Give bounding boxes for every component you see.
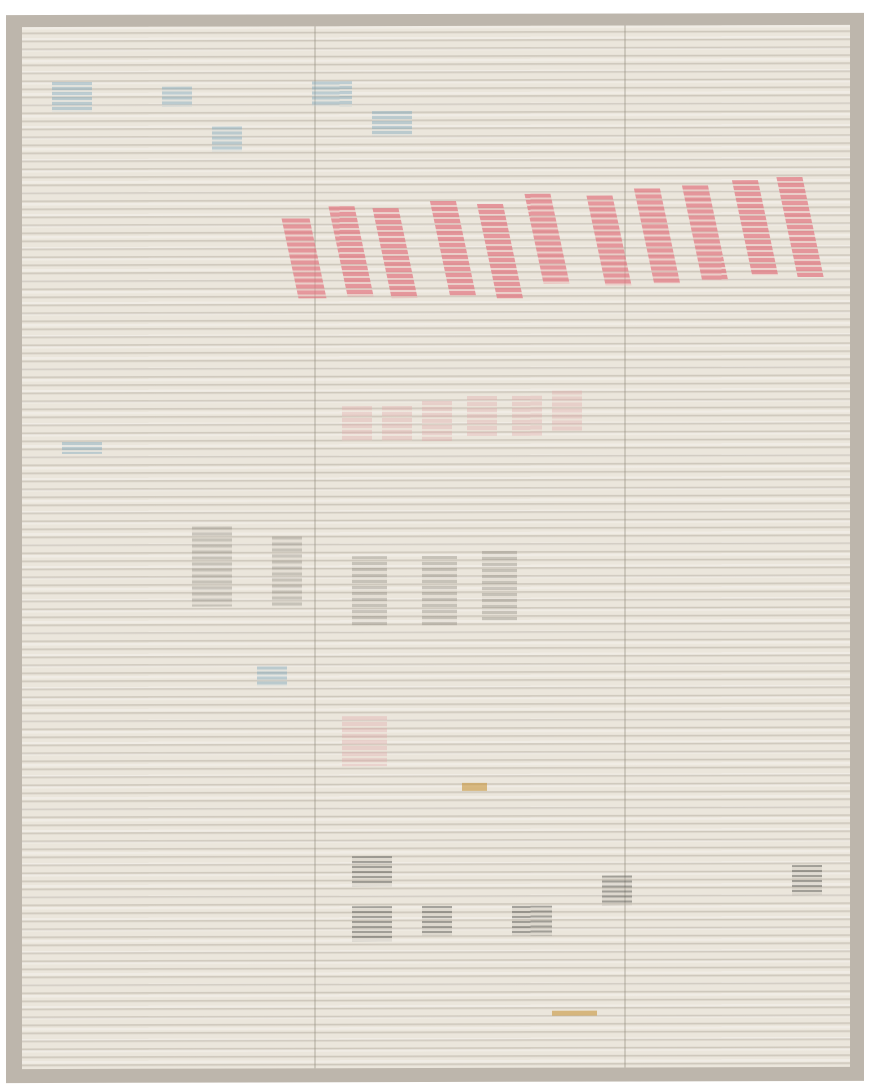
motif-dark xyxy=(352,856,392,886)
motif-pink-faint xyxy=(512,396,542,436)
motif-pink-faint xyxy=(342,406,372,441)
motif-blue xyxy=(62,442,102,454)
motif-pink-stripe xyxy=(281,218,326,298)
motif-pink-stripe xyxy=(328,206,373,296)
motif-dark xyxy=(792,865,822,895)
motif-pink-faint xyxy=(342,716,387,766)
motif-grey xyxy=(352,556,387,626)
motif-ochre xyxy=(462,783,487,791)
rug xyxy=(6,13,864,1083)
motif-blue xyxy=(52,82,92,112)
motif-pink-stripe xyxy=(634,188,680,283)
motif-pink-faint xyxy=(467,396,497,436)
motif-pink-stripe xyxy=(732,180,778,275)
motif-grey xyxy=(482,551,517,621)
rug-field xyxy=(22,25,850,1069)
motif-pink-stripe xyxy=(682,185,728,280)
motif-pink-faint xyxy=(552,391,582,431)
motif-pink-stripe xyxy=(477,204,523,299)
motif-blue xyxy=(372,111,412,136)
motif-dark xyxy=(512,906,552,936)
motif-pink-stripe xyxy=(524,194,569,284)
motif-dark xyxy=(422,906,452,936)
rug-seam xyxy=(314,26,316,1068)
motif-grey xyxy=(272,536,302,606)
motif-dark xyxy=(602,875,632,905)
motif-pink-faint xyxy=(422,401,452,441)
motif-grey xyxy=(192,527,232,607)
motif-blue xyxy=(212,127,242,152)
motif-pink-stripe xyxy=(372,208,417,298)
motif-dark xyxy=(352,906,392,941)
rug-seam xyxy=(624,25,626,1067)
motif-pink-stripe xyxy=(776,177,823,277)
motif-blue xyxy=(312,81,352,106)
motif-pink-stripe xyxy=(430,201,476,296)
motif-ochre xyxy=(552,1011,597,1016)
motif-pink-faint xyxy=(382,406,412,441)
motif-grey xyxy=(422,556,457,626)
motif-blue xyxy=(257,666,287,686)
motif-blue xyxy=(162,87,192,107)
